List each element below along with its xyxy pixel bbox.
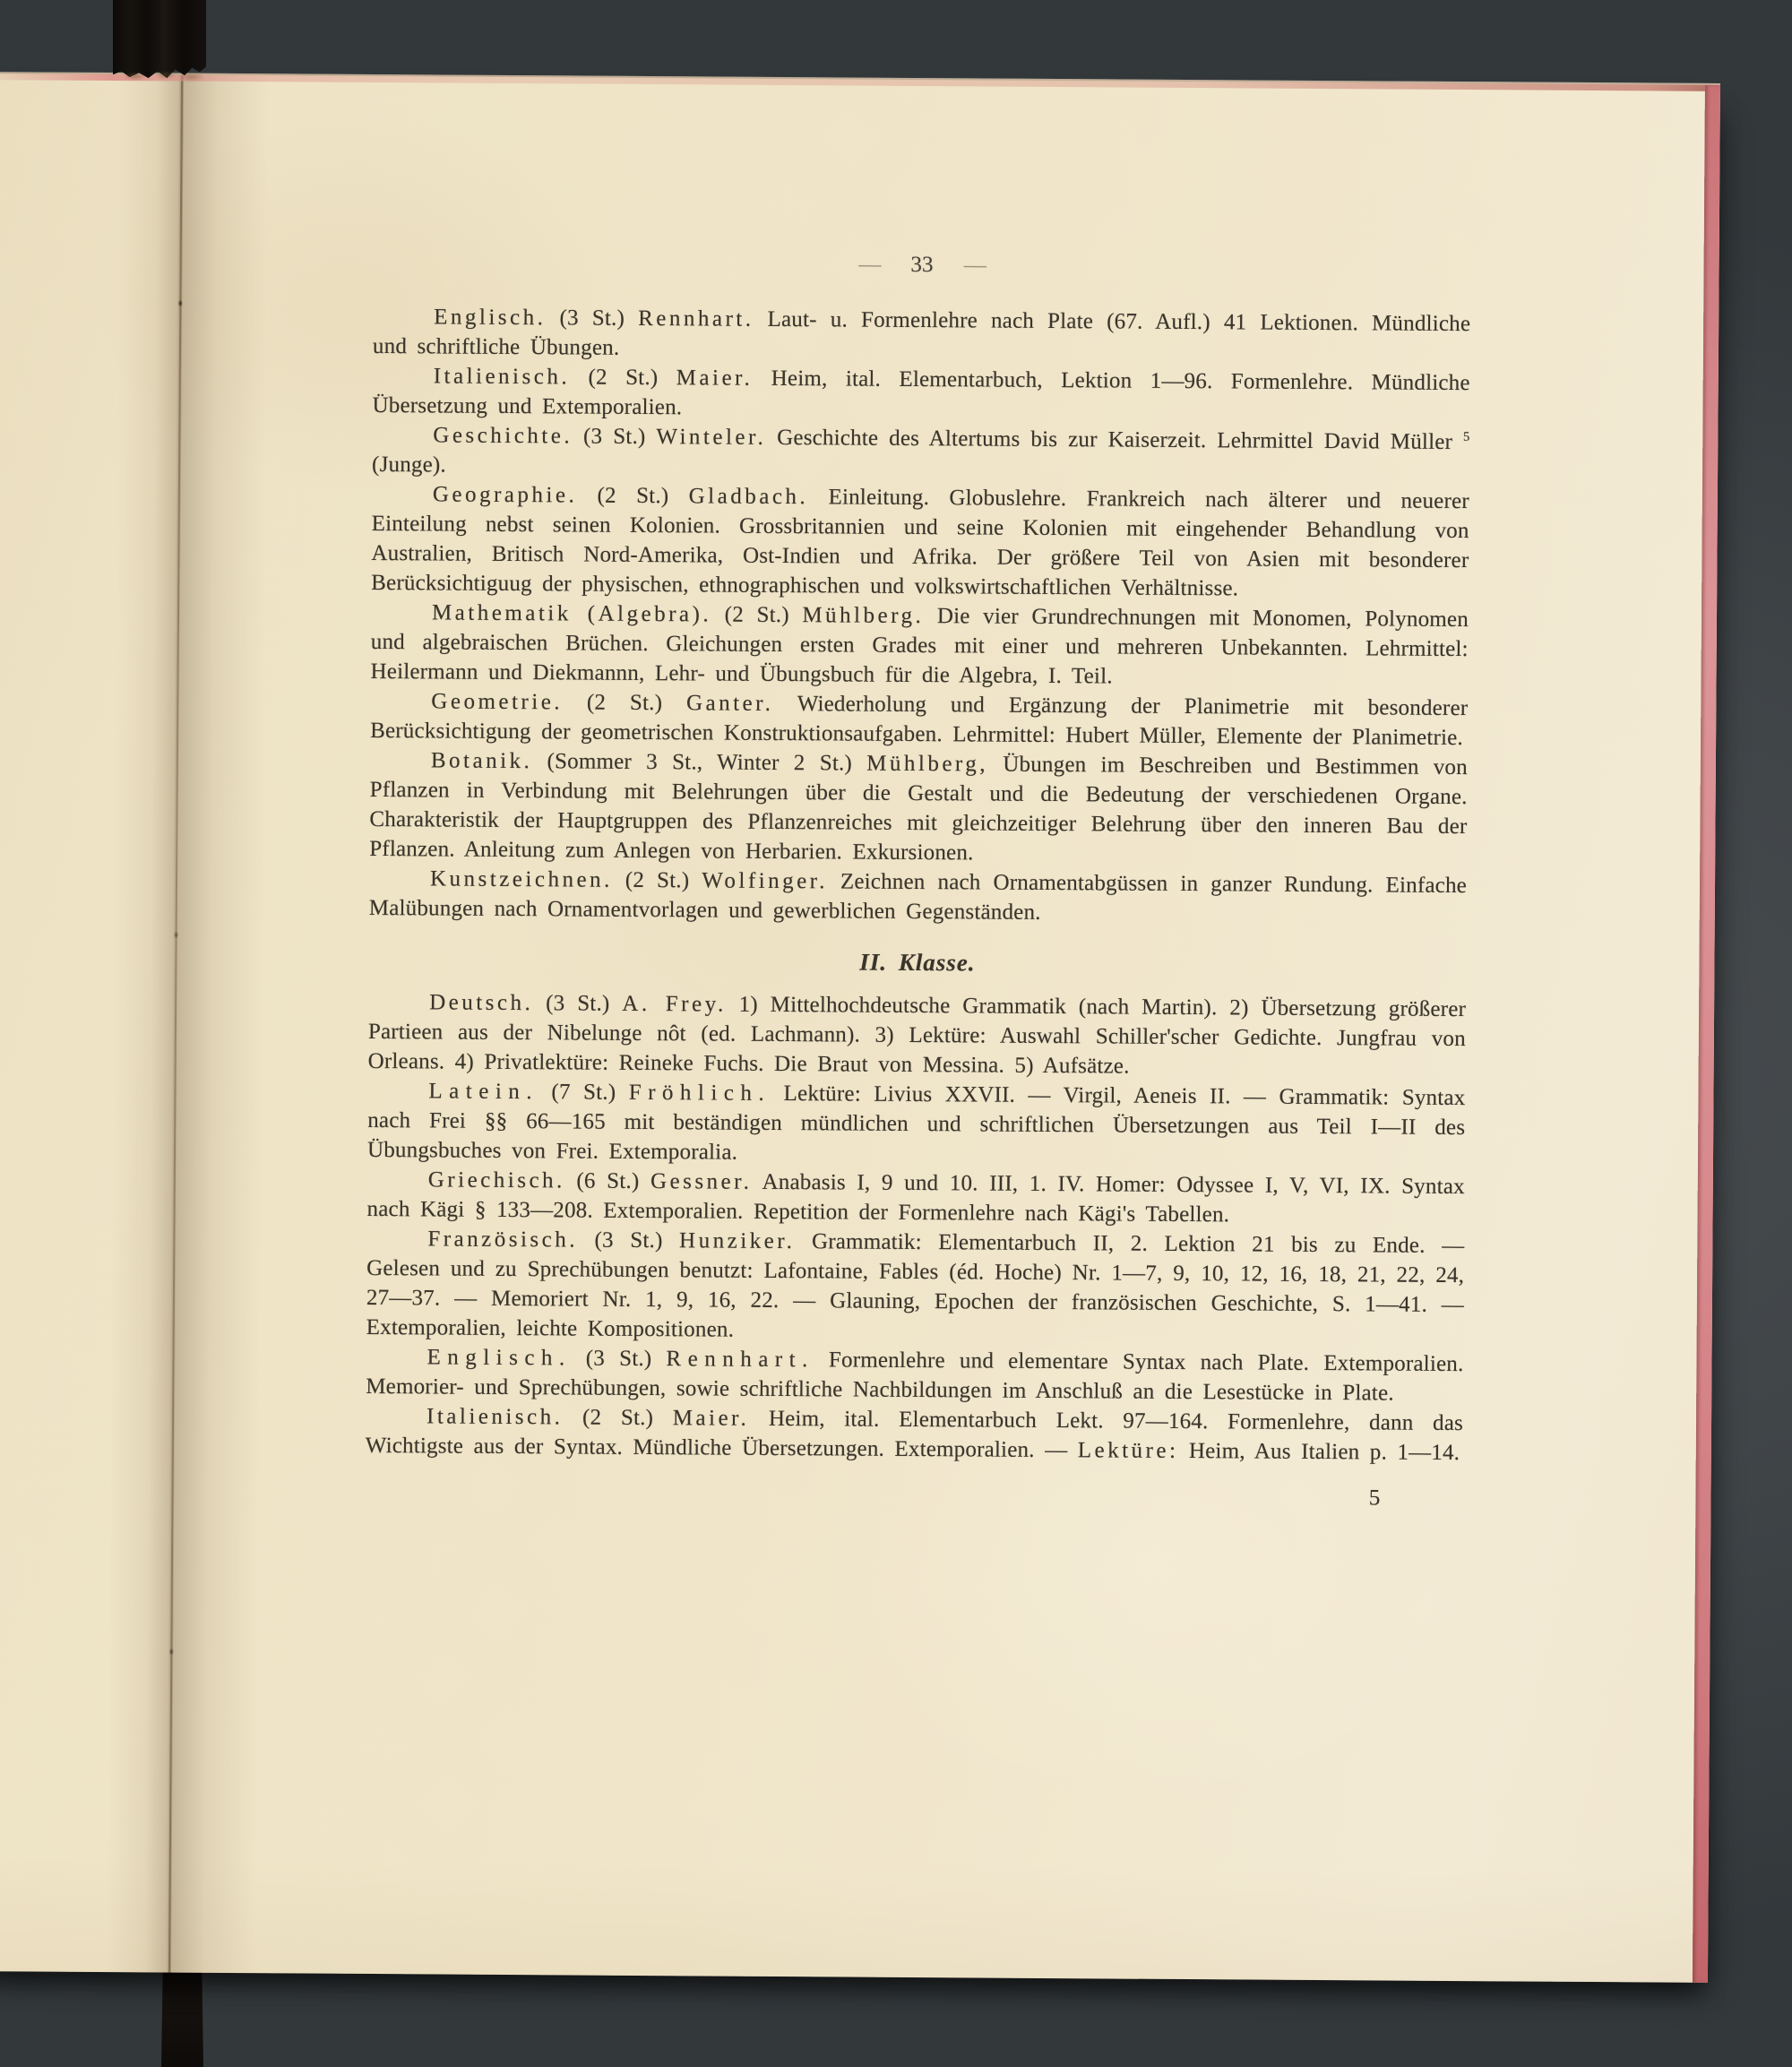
text-column: —33— Englisch. (3 St.) Rennhart. Laut- u… xyxy=(365,248,1470,1513)
gutter-fold-shadow xyxy=(171,75,269,1974)
paragraph: Griechisch. (6 St.) Gessner. Anabasis I,… xyxy=(366,1165,1464,1231)
paragraph: Italienisch. (2 St.) Maier. Heim, ital. … xyxy=(366,1401,1463,1468)
paragraph: Kunstzeichnen. (2 St.) Wolfinger. Zeichn… xyxy=(369,864,1467,930)
paragraph: Botanik. (Sommer 3 St., Winter 2 St.) Mü… xyxy=(369,745,1468,871)
paragraph: Geometrie. (2 St.) Ganter. Wiederholung … xyxy=(370,686,1468,753)
photo-backdrop: —33— Englisch. (3 St.) Rennhart. Laut- u… xyxy=(0,0,1792,2067)
page-number: 33 xyxy=(910,253,934,277)
page-number-header: —33— xyxy=(374,248,1471,282)
paragraph: Italienisch. (2 St.) Maier. Heim, ital. … xyxy=(372,361,1469,427)
paragraph: Geographie. (2 St.) Gladbach. Einleitung… xyxy=(371,479,1469,605)
gutter-crease-line xyxy=(168,75,184,1973)
paragraph: Französisch. (3 St.) Hunziker. Grammatik… xyxy=(366,1224,1465,1349)
page-top-red-edge xyxy=(0,73,1720,91)
binding-stitch-dots xyxy=(165,75,186,1973)
paragraph: Englisch. (3 St.) Rennhart. Formenlehre … xyxy=(366,1342,1463,1408)
bookmark-ribbon-top xyxy=(113,0,206,81)
paragraph: Englisch. (3 St.) Rennhart. Laut- u. For… xyxy=(373,302,1470,368)
header-dash-left: — xyxy=(858,253,880,277)
bookmark-ribbon-fray xyxy=(118,70,204,82)
signature-mark: 5 xyxy=(365,1477,1462,1513)
bookmark-ribbon-bottom xyxy=(161,1958,203,2067)
paragraph: Deutsch. (3 St.) A. Frey. 1) Mittelhochd… xyxy=(368,987,1467,1083)
paragraph: Latein. (7 St.) Fröhlich. Lektüre: Liviu… xyxy=(367,1076,1466,1172)
curriculum-text: Englisch. (3 St.) Rennhart. Laut- u. For… xyxy=(366,302,1471,1468)
paragraph: Geschichte. (3 St.) Winteler. Geschichte… xyxy=(372,420,1469,487)
left-page-sliver xyxy=(0,73,183,1973)
section-heading: II. Klasse. xyxy=(368,943,1466,982)
book-page-spread: —33— Englisch. (3 St.) Rennhart. Laut- u… xyxy=(0,72,1720,1983)
header-dash-right: — xyxy=(964,253,986,277)
page-right-red-edge xyxy=(1693,85,1720,1983)
paragraph: Mathematik (Algebra). (2 St.) Mühlberg. … xyxy=(370,598,1469,693)
